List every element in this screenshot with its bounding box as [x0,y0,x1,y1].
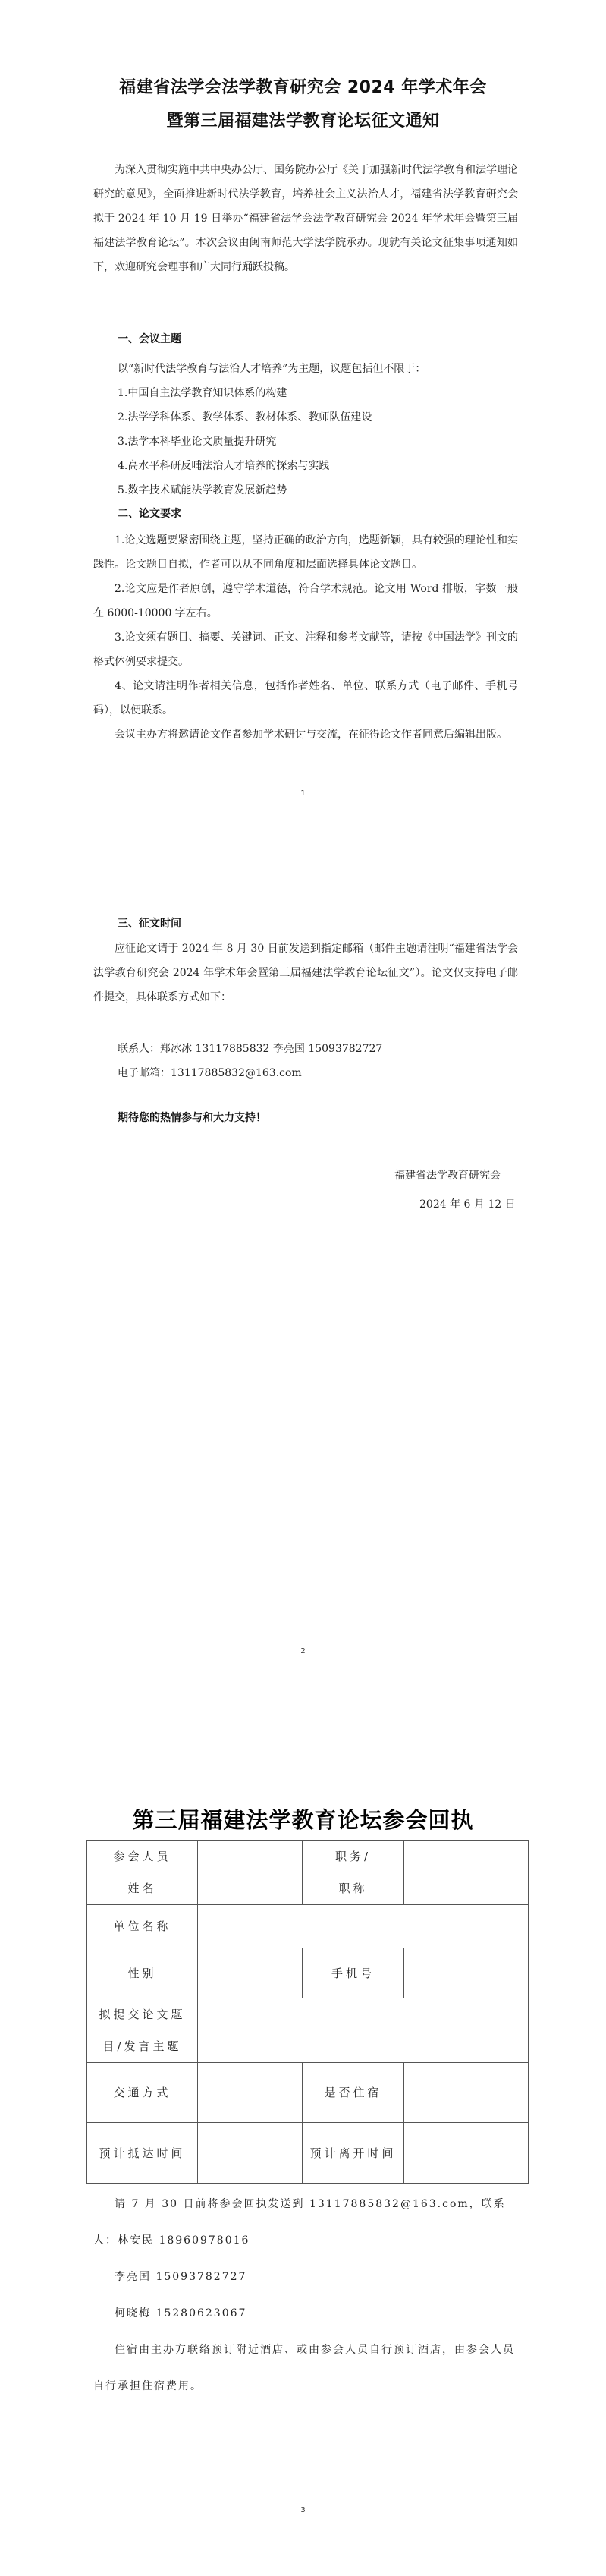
label-paper-topic-line1: 拟提交论文题 [87,1998,197,2030]
email-line: 电子邮箱：13117885832@163.com [118,1061,302,1085]
field-position-title[interactable] [404,1841,529,1905]
receipt-contact-2: 柯晓梅 15280623067 [93,2295,520,2332]
label-position-title-line1: 职务/ [303,1841,403,1872]
label-departure-time: 预计离开时间 [303,2123,404,2184]
form-row-name: 参会人员 姓名 职务/ 职称 [87,1841,529,1905]
form-row-transport-lodging: 交通方式 是否住宿 [87,2063,529,2123]
label-lodging: 是否住宿 [303,2063,404,2123]
document-title-line2: 暨第三届福建法学教育论坛征文通知 [0,108,606,131]
receipt-instructions: 请 7 月 30 日前将参会回执发送到 13117885832@163.com，… [93,2186,520,2404]
label-arrival-time: 预计抵达时间 [87,2123,198,2184]
requirement-2: 2.论文应是作者原创，遵守学术道德，符合学术规范。论文用 Word 排版，字数一… [93,577,518,625]
closing-line: 期待您的热情参与和大力支持！ [118,1110,266,1125]
section1-lead: 以“新时代法学教育与法治人才培养”为主题，议题包括但不限于： [118,357,520,381]
lodging-note: 住宿由主办方联络预订附近酒店、或由参会人员自行预订酒店，由参会人员自行承担住宿费… [93,2332,520,2404]
section1-heading: 一、会议主题 [118,331,181,346]
page-number-3: 3 [0,2506,606,2515]
form-row-paper-topic: 拟提交论文题 目/发言主题 [87,1998,529,2063]
field-phone[interactable] [404,1948,529,1998]
requirement-4: 4、论文请注明作者相关信息，包括作者姓名、单位、联系方式（电子邮件、手机号码），… [93,674,518,723]
form-row-organization: 单位名称 [87,1905,529,1948]
submission-paragraph: 应征论文请于 2024 年 8 月 30 日前发送到指定邮箱（邮件主题请注明“福… [93,937,518,1009]
registration-form-table: 参会人员 姓名 职务/ 职称 单位名称 性别 手机号 拟提交论文题 目/发言主题… [86,1840,529,2184]
label-position-title-line2: 职称 [303,1872,403,1904]
field-gender[interactable] [198,1948,303,1998]
label-attendee-name: 参会人员 姓名 [87,1841,198,1905]
requirement-1: 1.论文选题要紧密围绕主题，坚持正确的政治方向，选题新颖，具有较强的理论性和实践… [93,528,518,577]
requirements-block: 1.论文选题要紧密围绕主题，坚持正确的政治方向，选题新颖，具有较强的理论性和实践… [93,528,518,747]
signature-org: 福建省法学教育研究会 [394,1167,501,1183]
label-organization: 单位名称 [87,1905,198,1948]
page-number-1: 1 [0,789,606,798]
section3-heading: 三、征文时间 [118,915,181,931]
intro-paragraph: 为深入贯彻实施中共中央办公厅、国务院办公厅《关于加强新时代法学教育和法学理论研究… [93,158,518,279]
intro-text: 为深入贯彻实施中共中央办公厅、国务院办公厅《关于加强新时代法学教育和法学理论研究… [93,158,518,279]
label-position-title: 职务/ 职称 [303,1841,404,1905]
page-number-2: 2 [0,1647,606,1655]
topic-item-2: 2.法学学科体系、教学体系、教材体系、教师队伍建设 [118,405,372,430]
form-row-arrival-departure: 预计抵达时间 预计离开时间 [87,2123,529,2184]
field-lodging[interactable] [404,2063,529,2123]
section2-heading: 二、论文要求 [118,505,181,521]
contacts-line: 联系人：郑冰冰 13117885832 李亮国 15093782727 [118,1037,382,1061]
label-phone: 手机号 [303,1948,404,1998]
receipt-contact-1: 李亮国 15093782727 [93,2259,520,2295]
label-paper-topic: 拟提交论文题 目/发言主题 [87,1998,198,2063]
label-paper-topic-line2: 目/发言主题 [87,2030,197,2062]
label-attendee-name-line1: 参会人员 [87,1841,197,1872]
topic-item-1: 1.中国自主法学教育知识体系的构建 [118,381,287,405]
field-departure-time[interactable] [404,2123,529,2184]
form-title: 第三届福建法学教育论坛参会回执 [0,1803,606,1834]
publication-note: 会议主办方将邀请论文作者参加学术研讨与交流，在征得论文作者同意后编辑出版。 [93,723,518,747]
field-arrival-time[interactable] [198,2123,303,2184]
label-attendee-name-line2: 姓名 [87,1872,197,1904]
form-row-gender-phone: 性别 手机号 [87,1948,529,1998]
field-paper-topic[interactable] [198,1998,529,2063]
receipt-note: 请 7 月 30 日前将参会回执发送到 13117885832@163.com，… [93,2186,520,2259]
topic-item-4: 4.高水平科研反哺法治人才培养的探索与实践 [118,454,329,478]
topic-item-5: 5.数字技术赋能法学教育发展新趋势 [118,478,287,502]
field-transport[interactable] [198,2063,303,2123]
field-organization[interactable] [198,1905,529,1948]
label-transport: 交通方式 [87,2063,198,2123]
field-attendee-name[interactable] [198,1841,303,1905]
signature-date: 2024 年 6 月 12 日 [419,1196,516,1211]
topic-item-3: 3.法学本科毕业论文质量提升研究 [118,430,276,454]
document-title-line1: 福建省法学会法学教育研究会 2024 年学术年会 [0,74,606,98]
requirement-3: 3.论文须有题目、摘要、关键词、正文、注释和参考文献等，请按《中国法学》刊文的格… [93,625,518,674]
submission-text: 应征论文请于 2024 年 8 月 30 日前发送到指定邮箱（邮件主题请注明“福… [93,937,518,1009]
label-gender: 性别 [87,1948,198,1998]
